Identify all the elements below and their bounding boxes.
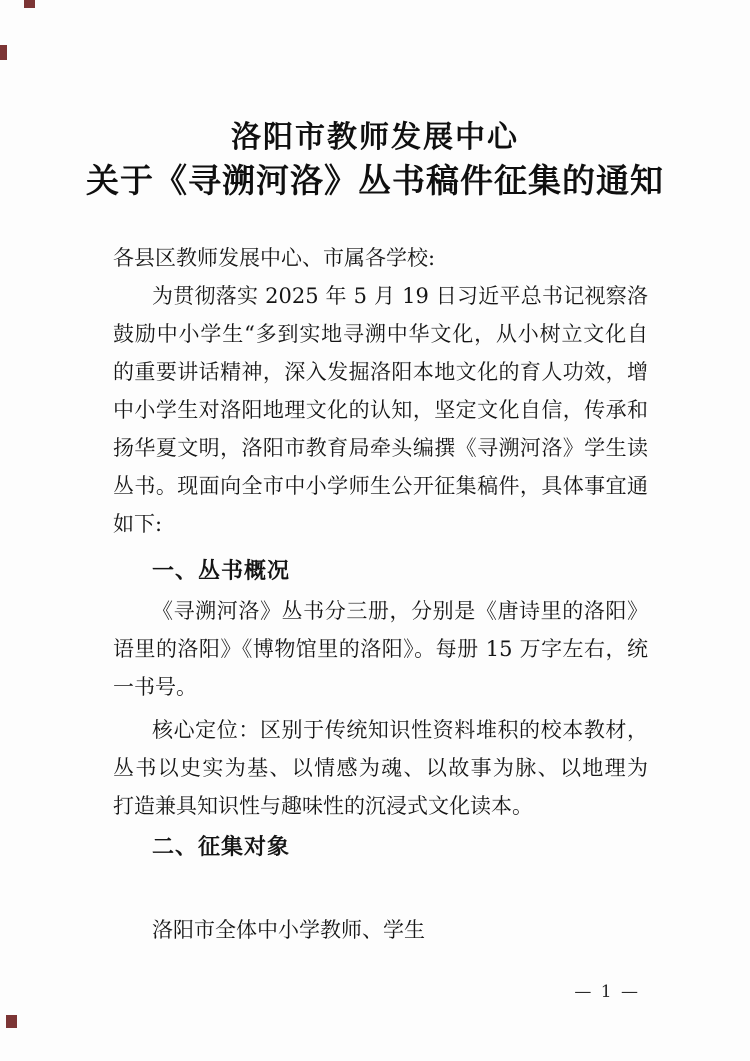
body-line: 扬华夏文明，洛阳市教育局牵头编撰《寻溯河洛》学生读本 — [113, 429, 648, 467]
salutation: 各县区教师发展中心、市属各学校: — [113, 239, 648, 277]
body-line: 丛书。现面向全市中小学师生公开征集稿件，具体事宜通知 — [113, 467, 648, 505]
paragraph-2: 《寻溯河洛》丛书分三册，分别是《唐诗里的洛阳》《成 语里的洛阳》《博物馆里的洛阳… — [113, 592, 648, 706]
body-line: 《寻溯河洛》丛书分三册，分别是《唐诗里的洛阳》《成 — [113, 592, 648, 630]
body-line: 如下: — [113, 505, 648, 543]
body-line: 中小学生对洛阳地理文化的认知，坚定文化自信，传承和弘 — [113, 391, 648, 429]
paragraph-1: 为贯彻落实 2025 年 5 月 19 日习近平总书记视察洛阳时 鼓励中小学生“… — [113, 277, 648, 543]
body-line: 语里的洛阳》《博物馆里的洛阳》。每册 15 万字左右，统 — [113, 630, 648, 668]
salutation-line: 各县区教师发展中心、市属各学校: — [113, 239, 648, 277]
page-number: — 1 — — [574, 982, 640, 1002]
scan-artifact-mark — [24, 0, 35, 8]
section-heading-text: 二、征集对象 — [113, 829, 648, 867]
section-heading-2: 二、征集对象 — [113, 829, 648, 867]
paragraph-3: 核心定位：区别于传统知识性资料堆积的校本教材，本 丛书以史实为基、以情感为魂、以… — [113, 711, 648, 825]
document-page: 洛阳市教师发展中心 关于《寻溯河洛》丛书稿件征集的通知 各县区教师发展中心、市属… — [0, 0, 750, 1061]
recipients: 洛阳市全体中小学教师、学生 — [113, 911, 648, 949]
body-line: 一书号。 — [113, 668, 648, 706]
body-line: 打造兼具知识性与趣味性的沉浸式文化读本。 — [113, 787, 648, 825]
section-heading-1: 一、丛书概况 — [113, 553, 648, 591]
body-line: 为贯彻落实 2025 年 5 月 19 日习近平总书记视察洛阳时 — [113, 277, 648, 315]
body-line: 的重要讲话精神，深入发掘洛阳本地文化的育人功效，增强 — [113, 353, 648, 391]
body-line: 丛书以史实为基、以情感为魂、以故事为脉、以地理为据， — [113, 749, 648, 787]
document-title-line-1: 洛阳市教师发展中心 — [0, 112, 750, 156]
section-heading-text: 一、丛书概况 — [113, 553, 648, 591]
recipients-line: 洛阳市全体中小学教师、学生 — [113, 911, 648, 949]
body-line: 核心定位：区别于传统知识性资料堆积的校本教材，本 — [113, 711, 648, 749]
document-title-line-2: 关于《寻溯河洛》丛书稿件征集的通知 — [0, 155, 750, 202]
scan-artifact-mark — [6, 1015, 17, 1028]
body-line: 鼓励中小学生“多到实地寻溯中华文化，从小树立文化自信” — [113, 315, 648, 353]
scan-artifact-mark — [0, 45, 7, 60]
